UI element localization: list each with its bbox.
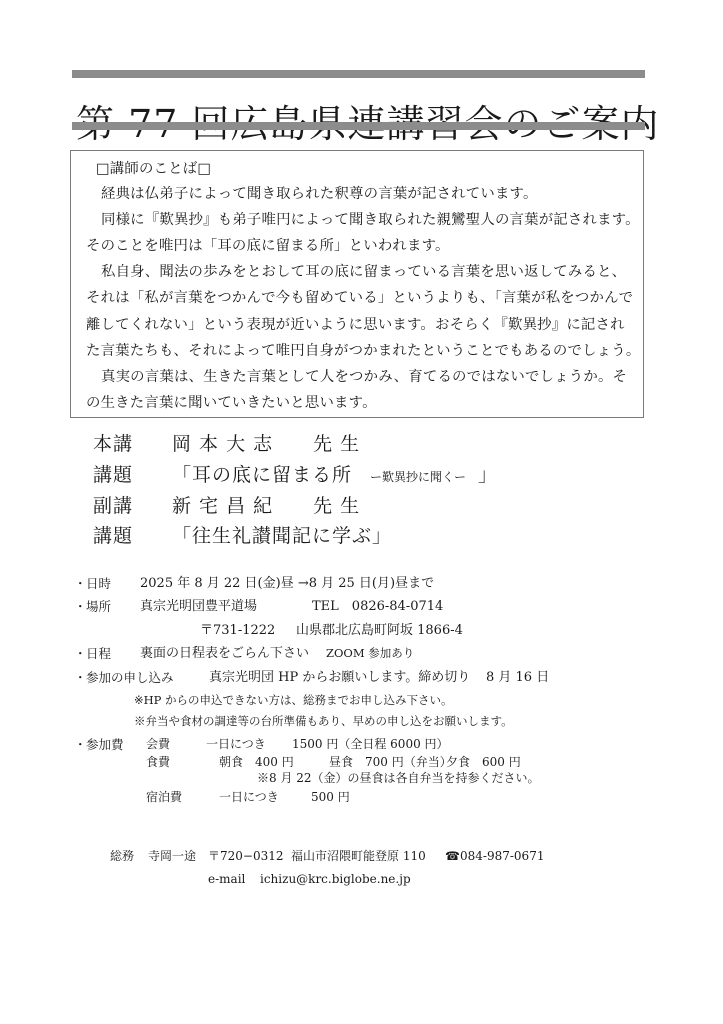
venue-tel: TEL 0826-84-0714: [312, 598, 443, 615]
breakfast-price: 朝食 400 円: [219, 754, 294, 771]
main-topic-text: 「耳の底に留まる所: [172, 464, 352, 486]
meals-label: 食費: [146, 754, 170, 771]
lecturer-message-box: □講師のことば□ 経典は仏弟子によって聞き取られた釈尊の言葉が記されています。 …: [70, 150, 644, 418]
message-line: 経典は仏弟子によって聞き取られた釈尊の言葉が記されています。: [101, 185, 538, 203]
fees-label: 参加費: [86, 736, 124, 753]
contact-role: 総務: [110, 848, 134, 864]
message-line: 離してくれない」という表現が近いように思います。おそらく『歎異抄』に記され: [86, 316, 625, 334]
title-bottom-rule: [72, 122, 645, 130]
venue-label: 場所: [86, 598, 111, 615]
bullet: ・: [74, 669, 87, 686]
contact-name: 寺岡一途: [148, 848, 196, 864]
sub-lecturer-name: 新 宅 昌 紀 先 生: [172, 494, 360, 518]
sub-topic-label: 講題: [93, 524, 133, 548]
email-link[interactable]: ichizu@krc.biglobe.ne.jp: [260, 871, 411, 887]
lodging-price: 500 円: [311, 789, 350, 806]
venue-address: 山県郡北広島町阿坂 1866-4: [296, 622, 463, 639]
membership-unit: 一日につき: [206, 736, 266, 753]
bullet: ・: [74, 575, 87, 592]
message-line: 私自身、聞法の歩みをとおして耳の底に留まっている言葉を思い返してみると、: [101, 263, 626, 281]
main-lecturer-name: 岡 本 大 志 先 生: [172, 432, 360, 456]
message-line: た言葉たちも、それによって唯円自身がつかまれたということでもあるのでしょう。: [86, 342, 640, 360]
main-topic-close-bracket: 」: [478, 464, 498, 486]
main-topic-title: 「耳の底に留まる所ー歎異抄に聞くー」: [172, 463, 498, 489]
application-label: 参加の申し込み: [86, 669, 174, 686]
schedule-value: 裏面の日程表をごらん下さい: [140, 645, 309, 662]
message-line: 同様に『歎異抄』も弟子唯円によって聞き取られた親鸞聖人の言葉が記されます。: [101, 211, 640, 229]
lodging-unit: 一日につき: [219, 789, 279, 806]
application-note: ※HP からの申込できない方は、総務までお申し込み下さい。: [134, 692, 453, 709]
lodging-label: 宿泊費: [146, 789, 182, 806]
main-lecturer-label: 本講: [93, 432, 133, 456]
title-top-rule: [72, 70, 645, 78]
bullet: ・: [74, 645, 87, 662]
phone-icon: ☎: [445, 848, 460, 864]
bullet: ・: [74, 736, 87, 753]
message-line: それは「私が言葉をつかんで今も留めている」というよりも、「言葉が私をつかんで: [86, 289, 633, 307]
application-note: ※弁当や食材の調達等の台所準備もあり、早めの申し込をお願いします。: [134, 713, 513, 730]
datetime-label: 日時: [86, 575, 111, 592]
main-topic-label: 講題: [93, 463, 133, 487]
message-line: の生きた言葉に聞いていきたいと思います。: [86, 394, 377, 412]
sub-lecturer-label: 副講: [93, 494, 133, 518]
contact-postal: 〒720−0312: [208, 848, 284, 864]
application-value: 真宗光明団 HP からお願いします。締め切り: [209, 669, 470, 686]
bullet: ・: [74, 598, 87, 615]
meals-note: ※8 月 22（金）の昼食は各自弁当を持参ください。: [257, 770, 540, 787]
message-line: 真実の言葉は、生きた言葉として人をつかみ、育てるのではないでしょうか。そ: [101, 368, 627, 386]
membership-price: 1500 円（全日程 6000 円）: [292, 736, 449, 753]
zoom-note: ZOOM 参加あり: [326, 645, 414, 662]
schedule-label: 日程: [86, 645, 111, 662]
venue-name: 真宗光明団豊平道場: [140, 598, 257, 615]
message-heading: □講師のことば□: [96, 160, 211, 178]
membership-label: 会費: [146, 736, 170, 753]
message-line: そのことを唯円は「耳の底に留まる所」といわれます。: [86, 237, 450, 255]
email-label: e-mail: [208, 871, 245, 887]
contact-address: 福山市沼隈町能登原 110: [291, 848, 426, 864]
venue-postal: 〒731-1222: [200, 622, 275, 639]
datetime-value: 2025 年 8 月 22 日(金)昼 →8 月 25 日(月)昼まで: [140, 575, 434, 592]
application-deadline: 8 月 16 日: [486, 669, 549, 686]
sub-topic-title: 「往生礼讃聞記に学ぶ」: [172, 524, 392, 548]
contact-phone: 084-987-0671: [460, 848, 544, 864]
dinner-price: 夕食 600 円: [446, 754, 521, 771]
main-topic-subtitle: ー歎異抄に聞くー: [370, 470, 466, 484]
lunch-price: 昼食 700 円（弁当）: [329, 754, 452, 771]
